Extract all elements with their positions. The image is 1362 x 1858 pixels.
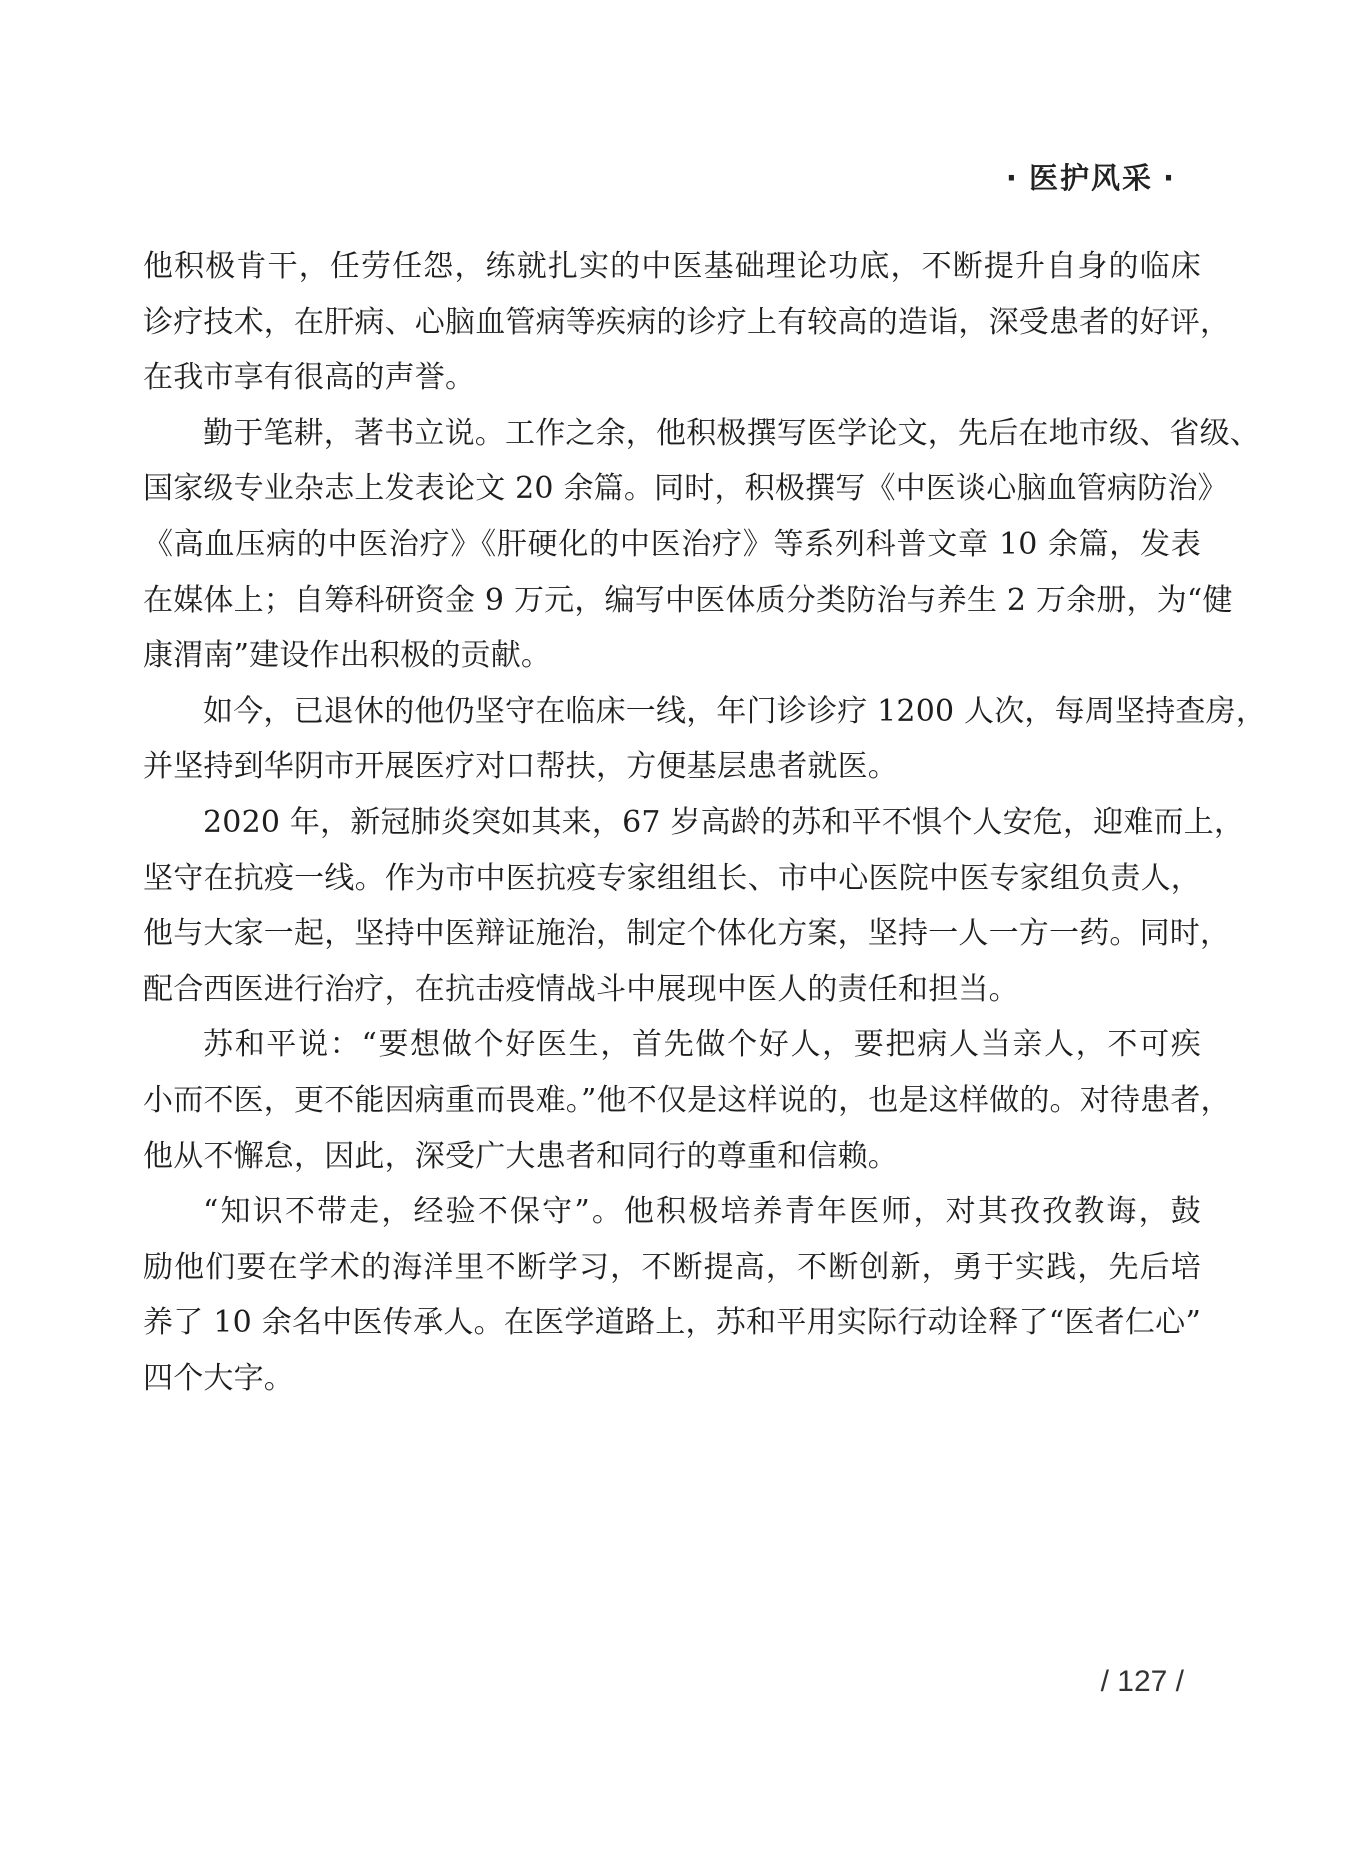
bullet-dot-left: · bbox=[1006, 158, 1019, 198]
text-line: 在媒体上；自筹科研资金 9 万元，编写中医体质分类防治与养生 2 万余册，为“健 bbox=[143, 579, 1201, 635]
paragraph-4: 2020 年，新冠肺炎突如其来，67 岁高龄的苏和平不惧个人安危，迎难而上， 坚… bbox=[143, 801, 1201, 1023]
text-line: 康渭南”建设作出积极的贡献。 bbox=[143, 634, 1201, 690]
text-line: 他与大家一起，坚持中医辩证施治，制定个体化方案，坚持一人一方一药。同时， bbox=[143, 912, 1201, 968]
page-number: / 127 / bbox=[1101, 1662, 1184, 1702]
text-line: “知识不带走，经验不保守”。他积极培养青年医师，对其孜孜教诲，鼓 bbox=[143, 1190, 1201, 1246]
text-line: 在我市享有很高的声誉。 bbox=[143, 356, 1201, 412]
text-line: 诊疗技术，在肝病、心脑血管病等疾病的诊疗上有较高的造诣，深受患者的好评， bbox=[143, 301, 1201, 357]
running-head: ·医护风采· bbox=[996, 158, 1186, 198]
text-line: 苏和平说：“要想做个好医生，首先做个好人，要把病人当亲人，不可疾 bbox=[143, 1023, 1201, 1079]
text-line: 配合西医进行治疗，在抗击疫情战斗中展现中医人的责任和担当。 bbox=[143, 968, 1201, 1024]
text-line: 并坚持到华阴市开展医疗对口帮扶，方便基层患者就医。 bbox=[143, 745, 1201, 801]
text-line: 养了 10 余名中医传承人。在医学道路上，苏和平用实际行动诠释了“医者仁心” bbox=[143, 1301, 1201, 1357]
text-line: 2020 年，新冠肺炎突如其来，67 岁高龄的苏和平不惧个人安危，迎难而上， bbox=[143, 801, 1201, 857]
text-line: 他从不懈怠，因此，深受广大患者和同行的尊重和信赖。 bbox=[143, 1135, 1201, 1191]
text-line: 他积极肯干，任劳任怨，练就扎实的中医基础理论功底，不断提升自身的临床 bbox=[143, 245, 1201, 301]
article-body: 他积极肯干，任劳任怨，练就扎实的中医基础理论功底，不断提升自身的临床 诊疗技术，… bbox=[143, 245, 1201, 1412]
text-line: 国家级专业杂志上发表论文 20 余篇。同时，积极撰写《中医谈心脑血管病防治》 bbox=[143, 467, 1201, 523]
paragraph-2: 勤于笔耕，著书立说。工作之余，他积极撰写医学论文，先后在地市级、省级、 国家级专… bbox=[143, 412, 1201, 690]
paragraph-6: “知识不带走，经验不保守”。他积极培养青年医师，对其孜孜教诲，鼓 励他们要在学术… bbox=[143, 1190, 1201, 1412]
text-line: 勤于笔耕，著书立说。工作之余，他积极撰写医学论文，先后在地市级、省级、 bbox=[143, 412, 1201, 468]
bullet-dot-right: · bbox=[1163, 158, 1176, 198]
paragraph-1: 他积极肯干，任劳任怨，练就扎实的中医基础理论功底，不断提升自身的临床 诊疗技术，… bbox=[143, 245, 1201, 412]
text-line: 《高血压病的中医治疗》《肝硬化的中医治疗》等系列科普文章 10 余篇，发表 bbox=[143, 523, 1201, 579]
text-line: 坚守在抗疫一线。作为市中医抗疫专家组组长、市中心医院中医专家组负责人， bbox=[143, 857, 1201, 913]
paragraph-5: 苏和平说：“要想做个好医生，首先做个好人，要把病人当亲人，不可疾 小而不医，更不… bbox=[143, 1023, 1201, 1190]
text-line: 励他们要在学术的海洋里不断学习，不断提高，不断创新，勇于实践，先后培 bbox=[143, 1246, 1201, 1302]
text-line: 四个大字。 bbox=[143, 1357, 1201, 1413]
text-line: 如今，已退休的他仍坚守在临床一线，年门诊诊疗 1200 人次，每周坚持查房， bbox=[143, 690, 1201, 746]
section-title: 医护风采 bbox=[1029, 161, 1153, 195]
paragraph-3: 如今，已退休的他仍坚守在临床一线，年门诊诊疗 1200 人次，每周坚持查房， 并… bbox=[143, 690, 1201, 801]
text-line: 小而不医，更不能因病重而畏难。”他不仅是这样说的，也是这样做的。对待患者， bbox=[143, 1079, 1201, 1135]
